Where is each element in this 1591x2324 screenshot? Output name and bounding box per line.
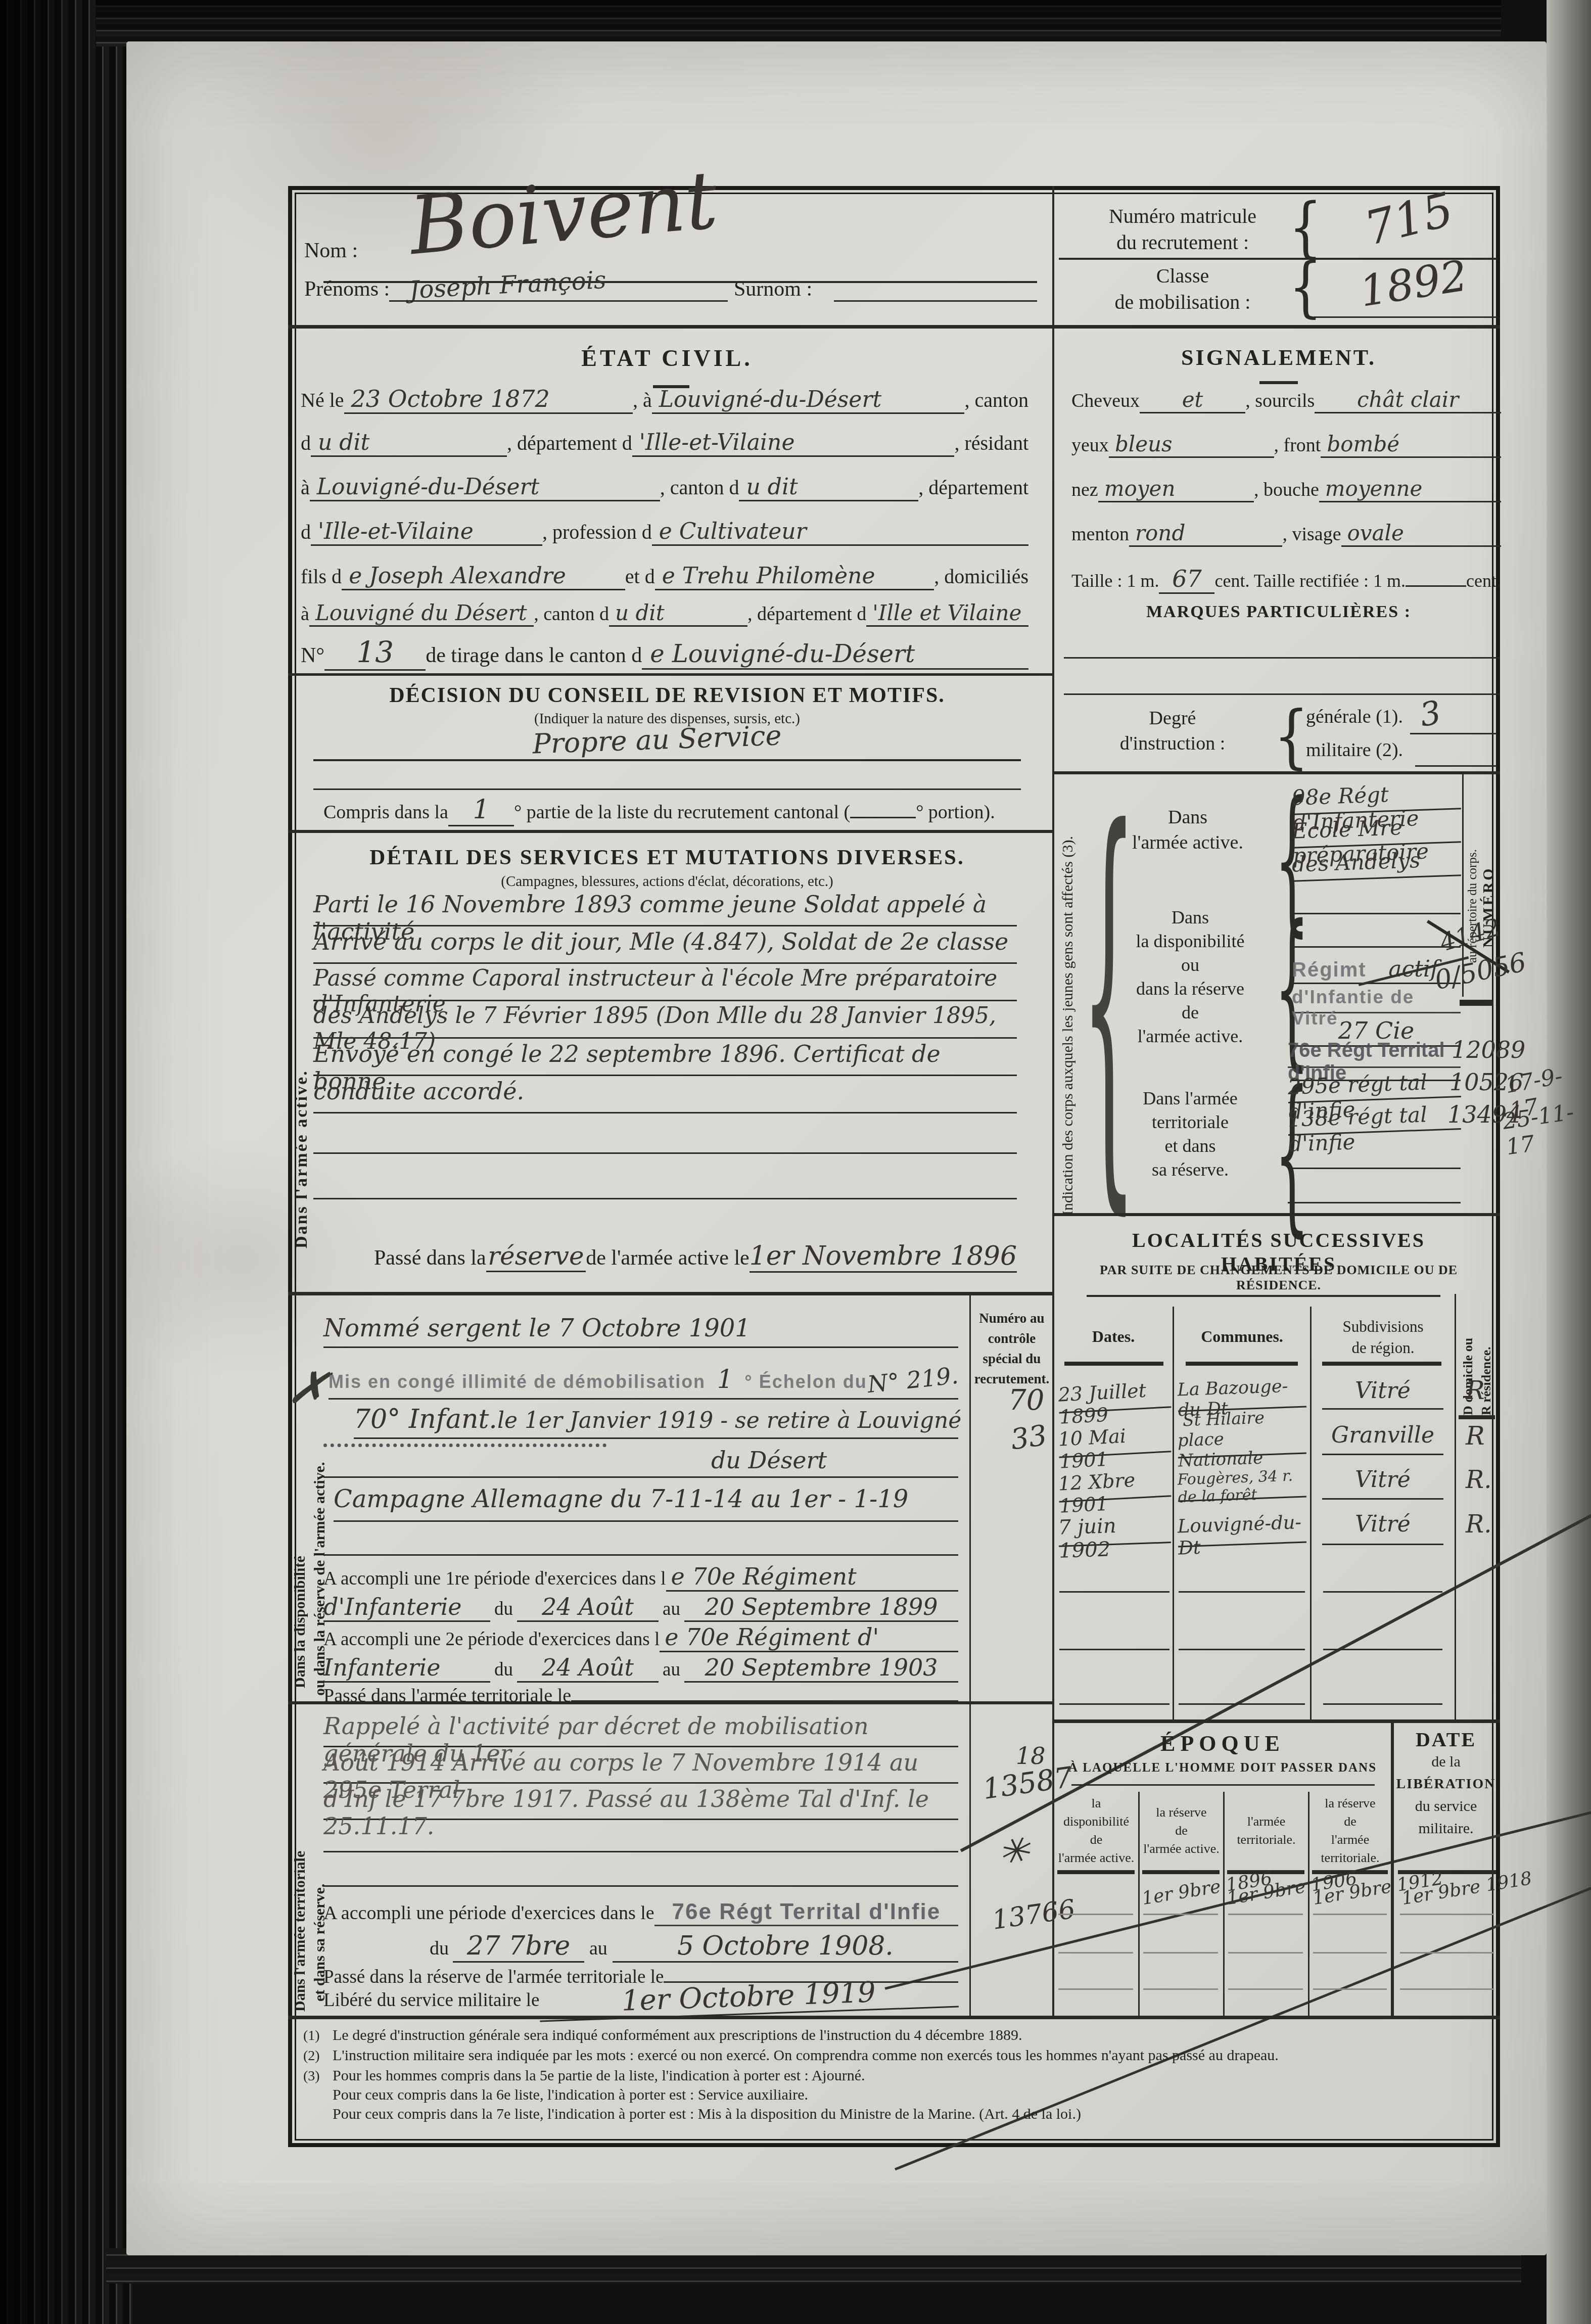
- localites-vline-1: [1173, 1307, 1174, 1721]
- dept1-value: 'Ille-et-Vilaine: [632, 430, 955, 457]
- tirage-row: N° 13 de tirage dans le canton d e Louvi…: [301, 635, 1028, 671]
- footnote-5: Pour ceux compris dans la 7e liste, l'in…: [303, 2106, 1486, 2123]
- terr-periode-du-value: 27 7bre: [453, 1931, 584, 1963]
- epoque-blank-line: [1228, 1988, 1303, 1990]
- domicilies-label: , domiciliés: [934, 565, 1028, 588]
- etat-civil-line-5: fils d e Joseph Alexandre et d e Trehu P…: [301, 563, 1028, 590]
- bouche-value: moyenne: [1319, 476, 1501, 502]
- footnote-4: Pour ceux compris dans la 6e liste, l'in…: [303, 2086, 1486, 2104]
- cent-label: cent.: [1466, 570, 1501, 591]
- section3-blank-line-1: [323, 1851, 958, 1852]
- service-line-5: Envoyé en congé le 22 septembre 1896. Ce…: [313, 1040, 1017, 1076]
- epoque-swash-line: [1071, 1784, 1375, 1786]
- taille-value: 67: [1159, 565, 1214, 594]
- epoque-cell-line: [1313, 1914, 1387, 1915]
- au-label: au: [584, 1937, 613, 1960]
- scanned-register-page: Boivent Nom : Prénoms : Joseph François …: [0, 0, 1591, 2324]
- d-label: d: [301, 520, 311, 544]
- departement-label: , département d: [747, 603, 866, 625]
- etat-civil-line-3: à Louvigné-du-Désert , canton d u dit , …: [301, 474, 1028, 501]
- footnote-1: (1) Le degré d'instruction générale sera…: [303, 2027, 1486, 2044]
- conge-stamp-row: Mis en congé illimité de démobilisation …: [329, 1365, 958, 1400]
- epoque-col4-header: la réserve de l'armée territoriale.: [1309, 1794, 1391, 1867]
- localites-blank-line: [1179, 1703, 1305, 1705]
- degre-generale-label: générale (1).: [1306, 706, 1403, 728]
- libere-label: Libéré du service militaire le: [323, 1989, 539, 2011]
- epoque-blank-line: [1313, 1952, 1387, 1954]
- footnote-text: Pour les hommes compris dans la 5e parti…: [333, 2067, 865, 2084]
- footnote-section-rule: [288, 2016, 1500, 2019]
- epoque-cell-line: [1228, 1914, 1303, 1915]
- surnom-line: [834, 300, 1037, 302]
- control-column-divider-2: [969, 1704, 971, 2016]
- menton-label: menton: [1071, 523, 1129, 545]
- terr-entry-295: 295e régt tal d'infie: [1287, 1068, 1461, 1103]
- degre-militaire-line: [1415, 765, 1497, 767]
- etat-civil-line-2: d u dit , département d 'Ille-et-Vilaine…: [301, 430, 1028, 457]
- terr-periode-row-b: du 27 7bre au 5 Octobre 1908.: [430, 1931, 958, 1963]
- localites-row-date: 23 Juillet 1899: [1058, 1378, 1172, 1414]
- active-entry-2: Ecole Mre préparatoire: [1291, 813, 1461, 849]
- front-value: bombé: [1321, 432, 1501, 458]
- localites-blank-line: [1323, 1649, 1442, 1650]
- compris-portion-blank: [850, 817, 916, 818]
- conge-stamp-text-1: Mis en congé illimité de démobilisation: [329, 1371, 706, 1392]
- terr-periode-label: A accompli une période d'exercices dans …: [323, 1902, 654, 1924]
- localites-row-date: 7 juin 1902: [1058, 1512, 1171, 1547]
- nez-value: moyen: [1098, 476, 1254, 502]
- tirage-number: 13: [324, 635, 426, 671]
- father-value: e Joseph Alexandre: [342, 563, 625, 590]
- service-line-1: Parti le 16 Novembre 1893 comme jeune So…: [313, 891, 1017, 926]
- periode2-au-value: 20 Septembre 1903: [684, 1654, 958, 1683]
- services-section-rule: [288, 1292, 1054, 1295]
- localites-blank-line: [1323, 1703, 1442, 1705]
- corps-side-label: Indication des corps auxquels les jeunes…: [1059, 781, 1077, 1216]
- localites-top-rule: [1054, 1213, 1500, 1216]
- services-subtitle: (Campagnes, blessures, actions d'éclat, …: [323, 873, 1011, 890]
- prenoms-line: [389, 300, 728, 302]
- compris-row: Compris dans la 1 ° partie de la liste d…: [323, 795, 1021, 826]
- epoque-blank-line: [1400, 1952, 1494, 1954]
- epoque-cell-line: [1058, 1914, 1133, 1915]
- localites-row-dr: R.: [1466, 1466, 1491, 1494]
- decision-line-2: [313, 788, 1021, 790]
- canton-label: , canton d: [534, 603, 609, 625]
- mother-value: e Trehu Philomène: [655, 563, 934, 590]
- periode1-infanterie-value: d'Infanterie: [323, 1593, 490, 1622]
- prenoms-label: Prénoms :: [304, 277, 390, 301]
- localites-row-subdiv: Vitré: [1322, 1467, 1443, 1500]
- marques-label: MARQUES PARTICULIÈRES :: [1112, 602, 1445, 622]
- localites-blank-line: [1059, 1591, 1169, 1593]
- passe-reserve-active-row: Passé dans la réserve de l'armée active …: [374, 1241, 1017, 1273]
- dispo-block-label: Dans la disponibilité ou dans la réserve…: [1107, 906, 1274, 1048]
- service-blank-line-1: [313, 1152, 1017, 1154]
- epoque-cell-line: [1400, 1914, 1494, 1915]
- a-label: à: [301, 476, 310, 499]
- periode1-du-value: 24 Août: [517, 1593, 659, 1622]
- signalement-row-menton: menton rond , visage ovale: [1071, 521, 1501, 547]
- passe-label-2: de l'armée active le: [586, 1246, 750, 1270]
- periode1-label: A accompli une 1re période d'exercices d…: [323, 1568, 666, 1590]
- scanner-background-band: [1547, 0, 1591, 2324]
- profession-value: e Cultivateur: [652, 519, 1028, 546]
- etat-civil-line-6: à Louvigné du Désert , canton d u dit , …: [301, 600, 1028, 627]
- footnote-text: L'instruction militaire sera indiquée pa…: [333, 2047, 1279, 2064]
- au-label: au: [659, 1598, 684, 1620]
- dept2-value: 'Ille-et-Vilaine: [311, 519, 542, 546]
- epoque-blank-line: [1400, 1988, 1494, 1990]
- periode2-du-value: 24 Août: [517, 1654, 659, 1683]
- footnote-2: (2) L'instruction militaire sera indiqué…: [303, 2047, 1486, 2064]
- localites-blank-line: [1323, 1591, 1442, 1593]
- localites-blank-line: [1059, 1703, 1169, 1705]
- a-label: , à: [633, 388, 652, 412]
- conge-echelon-number: 1: [706, 1365, 744, 1394]
- decision-section-rule: [288, 830, 1054, 833]
- epoque-header-bar-1: [1057, 1870, 1135, 1874]
- epoque-header-bar-2: [1142, 1870, 1220, 1874]
- birth-place-value: Louvigné-du-Désert: [652, 387, 965, 414]
- passe-label-1: Passé dans la: [374, 1246, 486, 1270]
- localites-col-communes: Communes.: [1174, 1327, 1310, 1346]
- periode1-regiment-value: e 70e Régiment: [666, 1563, 958, 1592]
- libere-date-value: 1er Octobre 1919: [539, 1973, 958, 2022]
- a-label: à: [301, 603, 309, 625]
- rappel-line-2: Août 1914 Arrivé au corps le 7 Novembre …: [323, 1749, 958, 1784]
- epoque-blank-line: [1143, 1952, 1218, 1954]
- canton-label: , canton: [964, 388, 1028, 412]
- sourcils-label: , sourcils: [1245, 390, 1315, 412]
- footnote-3: (3) Pour les hommes compris dans la 5e p…: [303, 2067, 1486, 2084]
- localites-col-dates: Dates.: [1054, 1327, 1173, 1346]
- localites-vline-3: [1455, 1294, 1456, 1721]
- epoque-col2-header: la réserve de l'armée active.: [1140, 1803, 1223, 1858]
- etat-civil-line-4: d 'Ille-et-Vilaine , profession d e Cult…: [301, 519, 1028, 546]
- periode1-row-b: d'Infanterie du 24 Août au 20 Septembre …: [323, 1593, 958, 1622]
- active-entry-3: des Andelys: [1291, 846, 1461, 882]
- localites-row-commune: Fougères, 34 r. de la forêt: [1177, 1467, 1306, 1502]
- pencil-cross-mark: ✗: [285, 1357, 333, 1419]
- service-line-4: des Andelys le 7 Février 1895 (Don Mlle …: [313, 1003, 1017, 1039]
- terr-entry-138: 138e régt tal d'infie: [1287, 1101, 1461, 1136]
- terr-blank-line-1: [1288, 1168, 1461, 1169]
- footnote-marker: (2): [303, 2048, 333, 2064]
- etat-civil-title: ÉTAT CIVIL.: [414, 345, 920, 371]
- du-desert-line: du Désert: [323, 1447, 958, 1478]
- matricule-label: Numéro matricule du recrutement :: [1082, 203, 1284, 256]
- control-column-divider: [969, 1295, 971, 1702]
- regiment-stamp: Régimt: [1292, 959, 1367, 982]
- conge-stamp-text-2: ° Échelon du: [744, 1371, 867, 1392]
- localites-swash-line: [1087, 1295, 1440, 1297]
- epoque-title: ÉPOQUE: [1054, 1731, 1391, 1756]
- numero-label: N°: [301, 643, 324, 668]
- service-line-2: Arrivé au corps le dit jour, Mle (4.847)…: [313, 928, 1017, 964]
- nez-label: nez: [1071, 479, 1098, 501]
- residence-value: Louvigné-du-Désert: [310, 474, 660, 501]
- localites-row-dr: R.: [1466, 1510, 1491, 1539]
- visage-value: ovale: [1341, 521, 1501, 547]
- decision-line-1: [313, 759, 1021, 761]
- bouche-label: , bouche: [1254, 479, 1319, 501]
- localites-row-date: 12 Xbre 1901: [1058, 1467, 1172, 1503]
- compris-label-2: ° partie de la liste du recrutement cant…: [514, 801, 850, 823]
- terr-periode-au-value: 5 Octobre 1908.: [613, 1931, 958, 1963]
- page-stack-top-edge: [96, 0, 1501, 47]
- terr-periode-stamp: 76e Régt Territal d'Infie: [654, 1899, 958, 1926]
- periode2-row-b: Infanterie du 24 Août au 20 Septembre 19…: [323, 1654, 958, 1683]
- periode2-infanterie-value: Infanterie: [323, 1654, 490, 1683]
- periode1-au-value: 20 Septembre 1899: [684, 1593, 958, 1622]
- active-blank-line-2: [1292, 946, 1461, 948]
- section3-blank-line-2: [323, 1885, 958, 1887]
- compris-label-1: Compris dans la: [323, 801, 448, 823]
- du-label: du: [490, 1598, 517, 1620]
- epoque-cell-line: [1143, 1914, 1218, 1915]
- localites-blank-line: [1179, 1649, 1305, 1650]
- dept3-value: 'Ille et Vilaine: [866, 600, 1028, 627]
- service-line-6: conduite accordé.: [313, 1078, 1017, 1113]
- control-number-new: 33: [1009, 1419, 1049, 1456]
- active-blank-line-1: [1292, 913, 1461, 914]
- yeux-value: bleus: [1109, 432, 1274, 458]
- localites-row-subdiv: Vitré: [1322, 1511, 1443, 1545]
- compris-number: 1: [448, 795, 514, 826]
- canton3-value: u dit: [609, 600, 747, 627]
- yeux-label: yeux: [1071, 434, 1109, 456]
- localites-header-bar-4: [1459, 1415, 1495, 1419]
- signalement-row-nez: nez moyen , bouche moyenne: [1071, 476, 1501, 502]
- signalement-title-dash: [1259, 381, 1298, 384]
- taille-rectifiee-label: cent. Taille rectifiée : 1 m.: [1214, 570, 1406, 591]
- front-label: , front: [1274, 434, 1321, 456]
- periode2-regiment-value: e 70e Régiment d': [660, 1623, 958, 1652]
- taille-rectifiee-blank: [1406, 566, 1466, 587]
- repertoire-end-bar: [1460, 1000, 1493, 1006]
- passe-reserve-word: réserve: [486, 1241, 586, 1272]
- campagne-allemagne-line: Campagne Allemagne du 7-11-14 au 1er - 1…: [334, 1485, 958, 1522]
- active-block-label: Dans l'armée active.: [1107, 805, 1269, 855]
- retire-louvigne-value: le 1er Janvier 1919 - se retire à Louvig…: [497, 1408, 961, 1433]
- tirage-canton-value: e Louvigné-du-Désert: [642, 640, 1028, 670]
- book-gutter-page-edges: [0, 0, 132, 2324]
- rappel-line-1: Rappelé à l'activité par décret de mobil…: [323, 1712, 958, 1747]
- epoque-top-rule: [1054, 1719, 1500, 1723]
- localites-col-subdivisions: Subdivisions de région.: [1312, 1316, 1455, 1359]
- du-label: du: [430, 1937, 453, 1960]
- passe-date-value: 1er Novembre 1896: [750, 1241, 1017, 1273]
- epoque-col1-header: la disponibilité de l'armée active.: [1054, 1794, 1138, 1867]
- menton-value: rond: [1129, 521, 1282, 547]
- compris-label-3: ° portion).: [916, 801, 995, 823]
- nom-label: Nom :: [304, 239, 358, 263]
- periode2-label: A accompli une 2e période d'exercices da…: [323, 1629, 660, 1650]
- active-entry-1: 98e Régt d'Infanterie: [1291, 779, 1461, 815]
- signalement-row-cheveux: Cheveux et , sourcils chât clair: [1071, 387, 1501, 413]
- footnote-text: Pour ceux compris dans la 6e liste, l'in…: [333, 2086, 808, 2104]
- et-de-label: et d: [625, 565, 655, 588]
- terr-blank-line-2: [1288, 1202, 1461, 1203]
- localites-header-bar-3: [1322, 1362, 1441, 1366]
- infanterie-70-value: 70° Infant.: [354, 1404, 497, 1434]
- localites-row-commune-2: place Nationale: [1177, 1426, 1306, 1459]
- terr-number-1: 12089: [1452, 1036, 1525, 1063]
- signalement-title: SIGNALEMENT.: [1112, 345, 1445, 370]
- epoque-blank-line: [1228, 1952, 1303, 1954]
- cheveux-label: Cheveux: [1071, 390, 1140, 412]
- classe-brace: {: [1289, 254, 1322, 319]
- localites-row-date: 10 Mai 1901: [1058, 1422, 1172, 1458]
- localites-row-dr: R: [1466, 1376, 1485, 1405]
- control-column-header: Numéro au contrôle spécial du recrutemen…: [973, 1308, 1050, 1389]
- conge-numero-hw: N° 219.: [866, 1362, 959, 1399]
- visage-label: , visage: [1282, 523, 1341, 545]
- residant-label: , résidant: [954, 431, 1028, 455]
- parents-residence-value: Louvigné du Désert: [309, 600, 534, 627]
- decision-title: DÉCISION DU CONSEIL DE REVISION ET MOTIF…: [323, 683, 1011, 708]
- localites-subtitle: PAR SUITE DE CHANGEMENTS DE DOMICILE OU …: [1077, 1263, 1481, 1293]
- classe-line: [1314, 316, 1498, 318]
- service-blank-line-2: [313, 1198, 1017, 1199]
- canton-label: , canton d: [660, 476, 739, 499]
- terr-periode-row-a: A accompli une période d'exercices dans …: [323, 1899, 958, 1926]
- localites-header-bar-1: [1064, 1362, 1163, 1366]
- footnote-text: Pour ceux compris dans la 7e liste, l'in…: [333, 2106, 1081, 2123]
- du-label: du: [490, 1659, 517, 1681]
- epoque-blank-line: [1058, 1952, 1133, 1954]
- canton2-value: u dit: [739, 474, 918, 501]
- vitre-stamp: d'Infantie de Vitré: [1292, 987, 1461, 1013]
- terr-side-label-1: Dans l'armée territoriale: [292, 1729, 309, 2012]
- section2-blank-line-1: [323, 1554, 958, 1556]
- infanterie-70-row: 70° Infant. le 1er Janvier 1919 - se ret…: [354, 1404, 958, 1439]
- localites-row-subdiv: Vitré: [1322, 1378, 1443, 1410]
- epoque-col3-header: l'armée territoriale.: [1225, 1812, 1308, 1849]
- ne-le-label: Né le: [301, 388, 344, 412]
- terr-stamp-76: 76e Régt Territal d'Infie: [1288, 1039, 1461, 1068]
- degre-militaire-label: militaire (2).: [1306, 739, 1403, 761]
- localites-vline-2: [1310, 1307, 1312, 1721]
- tirage-section-rule: [288, 673, 1054, 676]
- footnote-marker: (1): [303, 2028, 333, 2044]
- sourcils-value: chât clair: [1315, 387, 1501, 413]
- armee-active-side-label: Dans l'armée active.: [292, 935, 311, 1248]
- profession-label: , profession d: [542, 520, 652, 544]
- epoque-blank-line: [1313, 1988, 1387, 1990]
- localites-row-subdiv: Granville: [1322, 1422, 1443, 1455]
- service-line-3: Passé comme Caporal instructeur à l'écol…: [313, 965, 1017, 1001]
- classe-label: Classe de mobilisation :: [1082, 263, 1284, 315]
- canton1-value: u dit: [311, 430, 507, 457]
- signalement-row-yeux: yeux bleus , front bombé: [1071, 432, 1501, 458]
- departement-label: , département d: [507, 431, 632, 455]
- localites-row-dr: R: [1466, 1421, 1485, 1451]
- terr-block-label: Dans l'armée territoriale et dans sa rés…: [1107, 1087, 1274, 1182]
- cheveux-value: et: [1140, 387, 1245, 413]
- localites-blank-line: [1059, 1649, 1169, 1650]
- periode2-row-a: A accompli une 2e période d'exercices da…: [323, 1623, 958, 1652]
- surnom-label: Surnom :: [734, 277, 812, 301]
- rappel-line-3: d'Inf le 17 7bre 1917. Passé au 138ème T…: [323, 1785, 958, 1820]
- passe-territoriale-blank: [571, 1679, 958, 1702]
- epoque-blank-line: [1058, 1988, 1133, 1990]
- tirage-label: de tirage dans le canton d: [426, 643, 642, 668]
- degre-brace: {: [1274, 702, 1309, 771]
- degre-generale-line: [1410, 733, 1497, 734]
- etat-civil-line-1: Né le 23 Octobre 1872 , à Louvigné-du-Dé…: [301, 385, 1028, 414]
- signalement-row-taille: Taille : 1 m. 67 cent. Taille rectifiée …: [1071, 565, 1501, 594]
- localites-row-commune: Louvigné-du-Dt: [1177, 1511, 1306, 1548]
- periode1-row-a: A accompli une 1re période d'exercices d…: [323, 1563, 958, 1592]
- marques-blank-line-1: [1064, 657, 1500, 659]
- birth-date-value: 23 Octobre 1872: [344, 385, 633, 414]
- epoque-subtitle: À LAQUELLE L'HOMME DOIT PASSER DANS: [1054, 1761, 1391, 1775]
- epoque-blank-line: [1143, 1988, 1218, 1990]
- header-thick-rule: [288, 325, 1500, 329]
- taille-label: Taille : 1 m.: [1071, 570, 1159, 591]
- departement-label: , département: [918, 476, 1028, 499]
- footnote-text: Le degré d'instruction générale sera ind…: [333, 2027, 1022, 2044]
- d-label: d: [301, 431, 311, 455]
- fils-de-label: fils d: [301, 565, 342, 588]
- section2-rule: [288, 1701, 1054, 1704]
- nomme-sergent-line: Nommé sergent le 7 Octobre 1901: [323, 1314, 958, 1348]
- epoque-date-header: DATE de la LIBÉRATION du service militai…: [1394, 1729, 1498, 1840]
- footnote-marker: (3): [303, 2068, 333, 2084]
- localites-blank-line: [1179, 1591, 1305, 1593]
- au-label: au: [659, 1659, 684, 1681]
- services-title: DÉTAIL DES SERVICES ET MUTATIONS DIVERSE…: [323, 845, 1011, 870]
- libere-row: Libéré du service militaire le 1er Octob…: [323, 1980, 958, 2015]
- localites-header-bar-2: [1186, 1362, 1298, 1366]
